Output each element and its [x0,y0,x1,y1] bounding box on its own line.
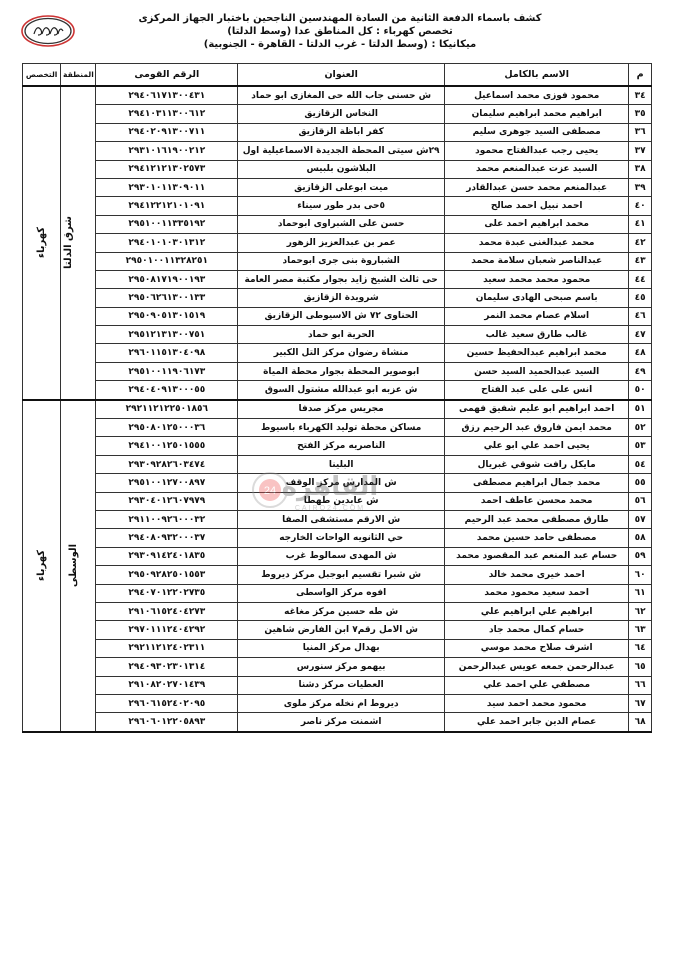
header-title: كشف باسماء الدفعة الثانية من السادة المه… [130,12,550,25]
row-serial: ٦٣ [629,621,652,639]
row-national-id: ٢٩١٠٦١٥٢٤٠٤٢٧٣ [96,602,238,620]
row-address: الحناوى ٧٢ ش الاسيوطى الزقازيق [238,307,445,325]
column-header-national-id: الرقم القومى [96,64,238,87]
table-row: ٤٩السيد عبدالحميد السيد حسنابوصوير المحط… [23,362,652,380]
row-full-name: محمد جمال ابراهيم مصطفى [445,474,629,492]
row-full-name: احمد ابراهيم ابو عليم شفيق فهمى [445,400,629,419]
table-row: ٤٢محمد عبدالغنى عبدة محمدعمر بن عبدالعزي… [23,234,652,252]
row-full-name: السيد عبدالحميد السيد حسن [445,362,629,380]
row-serial: ٣٩ [629,178,652,196]
row-serial: ٥٤ [629,455,652,473]
row-address: ش شبرا تقسيم ابوجبل مركز ديروط [238,566,445,584]
row-address: ابوصوير المحطة بجوار محطة المياة [238,362,445,380]
row-full-name: طارق مصطفى محمد عبد الرحيم [445,510,629,528]
row-national-id: ٢٩٥٠٩٢٨٢٥٠١٥٥٣ [96,566,238,584]
table-row: ٦٦مصطفي علي احمد عليالعطيات مركز دشنا٢٩١… [23,676,652,694]
row-serial: ٣٨ [629,160,652,178]
row-national-id: ٢٩٥١٠٠١٢٧٠٠٨٩٧ [96,474,238,492]
row-address: عمر بن عبدالعزيز الزهور [238,234,445,252]
row-serial: ٦٠ [629,566,652,584]
row-address: ش الارقم مستشفى الصفا [238,510,445,528]
table-row: ٦٠احمد خيرى محمد خالدش شبرا تقسيم ابوجبل… [23,566,652,584]
row-full-name: انس على على عبد الفتاح [445,381,629,400]
row-national-id: ٢٩٣١٠١٦١٩٠٠٢١٢ [96,142,238,160]
table-row: ٥١احمد ابراهيم ابو عليم شفيق فهمىمجريس م… [23,400,652,419]
row-full-name: باسم صبحى الهادى سليمان [445,289,629,307]
row-full-name: اشرف صلاح محمد موسي [445,639,629,657]
row-address: حسن على الشبراوى ابوحماد [238,215,445,233]
row-serial: ٤١ [629,215,652,233]
table-row: ٦٨عصام الدين جابر احمد علياشمنت مركز ناص… [23,713,652,732]
section-region-cell: الوسطى [61,400,96,732]
row-full-name: يحيى رجب عبدالفتاح محمود [445,142,629,160]
row-serial: ٥٩ [629,547,652,565]
row-address: منشاة رضوان مركز التل الكبير [238,344,445,362]
table-row: ٣٤محمود فوزى محمد اسماعيلش حسنى جاب الله… [23,86,652,105]
row-address: ميت ابوعلى الزقازيق [238,178,445,196]
row-full-name: محمود محمد احمد سيد [445,694,629,712]
row-address: بهدال مركز المنيا [238,639,445,657]
row-address: حي الثانويه الواحات الخارجه [238,529,445,547]
row-serial: ٤٠ [629,197,652,215]
row-full-name: عصام الدين جابر احمد علي [445,713,629,732]
row-full-name: ابراهيم علي ابراهيم علي [445,602,629,620]
row-full-name: مصطفى السيد جوهرى سليم [445,123,629,141]
table-row: ٦٢ابراهيم علي ابراهيم عليش طه حسين مركز … [23,602,652,620]
row-serial: ٣٦ [629,123,652,141]
row-address: حى ثالث الشيخ زايد بجوار مكتبة مصر العام… [238,270,445,288]
row-serial: ٤٣ [629,252,652,270]
row-full-name: احمد نبيل احمد صالح [445,197,629,215]
table-row: ٣٥ابراهيم محمد ابراهيم سليمانالنخاس الزق… [23,105,652,123]
section-specialty-label: كهرباء [36,550,47,581]
row-national-id: ٢٩٥٠٦٢٦١٣٠٠١٣٣ [96,289,238,307]
row-full-name: محمد ابراهيم احمد على [445,215,629,233]
section-region-label: شرق الدلتا [63,216,74,269]
row-serial: ٤٨ [629,344,652,362]
row-full-name: اسلام عصام محمد النمر [445,307,629,325]
row-serial: ٣٧ [629,142,652,160]
row-national-id: ٢٩٤٠٤٠٩١٣٠٠٠٥٥ [96,381,238,400]
row-serial: ٦٥ [629,658,652,676]
row-address: مساكن محطة توليد الكهرباء باسيوط [238,419,445,437]
row-serial: ٥٠ [629,381,652,400]
table-row: ٥٨مصطفى حامد حسين محمدحي الثانويه الواحا… [23,529,652,547]
row-serial: ٦٢ [629,602,652,620]
row-serial: ٥٢ [629,419,652,437]
header-subtitle-electrical: تخصص كهرباء : كل المناطق عدا (وسط الدلتا… [130,25,550,38]
table-row: ٣٩عبدالمنعم محمد حسن عبدالقادرميت ابوعلى… [23,178,652,196]
row-serial: ٥٦ [629,492,652,510]
row-address: ش عابدين طهطا [238,492,445,510]
row-serial: ٣٥ [629,105,652,123]
column-header-specialty: التخصص [23,64,61,87]
row-national-id: ٢٩٥١٠٠١١٩٠٦١٧٣ [96,362,238,380]
table-header-row: م الاسم بالكامل العنوان الرقم القومى الم… [23,64,652,87]
section-region-cell: شرق الدلتا [61,86,96,400]
table-row: ٥٣يحيى احمد علي ابو عليالناصريه مركز الف… [23,437,652,455]
row-serial: ٦١ [629,584,652,602]
row-full-name: مايكل رافت شوقي غبريال [445,455,629,473]
row-address: ش حسنى جاب الله حى المغازى ابو حماد [238,86,445,105]
row-national-id: ٢٩٤٠٧٠١٢٢٠٢٧٣٥ [96,584,238,602]
table-row: ٤٦اسلام عصام محمد النمرالحناوى ٧٢ ش الاس… [23,307,652,325]
row-serial: ٤٧ [629,326,652,344]
row-national-id: ٢٩٣٠٤٠١٢٦٠٧٩٧٩ [96,492,238,510]
table-row: ٥٢محمد ايمن فاروق عبد الرحيم رزقمساكن مح… [23,419,652,437]
row-national-id: ٢٩٤١٢٢١٢١٠١٠٩١ [96,197,238,215]
row-address: كفر اباظة الزقازيق [238,123,445,141]
table-row: ٦٤اشرف صلاح محمد موسيبهدال مركز المنيا٢٩… [23,639,652,657]
row-address: ٥حى بدر طور سيناء [238,197,445,215]
row-address: ٢٩ش سيتى المحطة الجديدة الاسماعيلية اول [238,142,445,160]
row-serial: ٥٣ [629,437,652,455]
row-national-id: ٢٩٦٠١١٥١٣٠٤٠٩٨ [96,344,238,362]
row-full-name: عبدالرحمن جمعه عويس عبدالرحمن [445,658,629,676]
row-serial: ٣٤ [629,86,652,105]
row-national-id: ٢٩٣٠٩٢٨٢٦٠٣٤٧٤ [96,455,238,473]
table-row: ٥٧طارق مصطفى محمد عبد الرحيمش الارقم مست… [23,510,652,528]
table-row: ٥٩حسام عبد المنعم عبد المقصود محمدش المه… [23,547,652,565]
section-specialty-label: كهرباء [36,227,47,258]
column-header-serial: م [629,64,652,87]
column-header-full-name: الاسم بالكامل [445,64,629,87]
row-full-name: محمود محمد محمد سعيد [445,270,629,288]
document-header: كشف باسماء الدفعة الثانية من السادة المه… [130,12,550,51]
header-subtitle-mechanical: ميكانيكا : (وسط الدلتا - غرب الدلتا - ال… [130,38,550,51]
engineers-table: م الاسم بالكامل العنوان الرقم القومى الم… [22,63,652,733]
row-national-id: ٢٩٥١٢١٣١٣٠٠٧٥١ [96,326,238,344]
row-address: بيهمو مركز سنورس [238,658,445,676]
row-full-name: حسام عبد المنعم عبد المقصود محمد [445,547,629,565]
row-address: ش عزبه ابو عبدالله مشتول السوق [238,381,445,400]
table-row: ٤٠احمد نبيل احمد صالح٥حى بدر طور سيناء٢٩… [23,197,652,215]
row-national-id: ٢٩٥٠٨١٧١٩٠٠١٩٣ [96,270,238,288]
row-national-id: ٢٩٧٠١١١٢٤٠٤٢٩٢ [96,621,238,639]
row-national-id: ٢٩٤١٢١٢١٣٠٢٥٧٣ [96,160,238,178]
row-national-id: ٢٩٥٠٨٠١٢٥٠٠٠٣٦ [96,419,238,437]
row-serial: ٤٦ [629,307,652,325]
table-row: ٥٤مايكل رافت شوقي غبريالالبلينا٢٩٣٠٩٢٨٢٦… [23,455,652,473]
row-address: الناصريه مركز الفتح [238,437,445,455]
row-serial: ٤٥ [629,289,652,307]
row-serial: ٤٩ [629,362,652,380]
row-address: العطيات مركز دشنا [238,676,445,694]
row-address: ش طه حسين مركز مغاغه [238,602,445,620]
table-row: ٤٤محمود محمد محمد سعيدحى ثالث الشيخ زايد… [23,270,652,288]
table-row: ٤١محمد ابراهيم احمد علىحسن على الشبراوى … [23,215,652,233]
row-full-name: مصطفى حامد حسين محمد [445,529,629,547]
row-full-name: السيد عزت عبدالمنعم محمد [445,160,629,178]
row-address: الشباروة بنى جرى ابوحماد [238,252,445,270]
row-serial: ٦٨ [629,713,652,732]
row-address: ديروط ام نخله مركز ملوى [238,694,445,712]
row-address: اشمنت مركز ناصر [238,713,445,732]
row-national-id: ٢٩٣٠٩١٤٢٤٠١٨٣٥ [96,547,238,565]
column-header-address: العنوان [238,64,445,87]
row-national-id: ٢٩٤٠١٠١٠٣٠١٣١٢ [96,234,238,252]
row-full-name: مصطفي علي احمد علي [445,676,629,694]
table-row: ٦٣حسام كمال محمد جادش الامل رقم٧ ابن الف… [23,621,652,639]
row-full-name: احمد سعيد محمود محمد [445,584,629,602]
row-serial: ٤٤ [629,270,652,288]
row-serial: ٥٨ [629,529,652,547]
row-full-name: محمد عبدالغنى عبدة محمد [445,234,629,252]
row-address: شرويدة الزقازيق [238,289,445,307]
row-full-name: عبدالمنعم محمد حسن عبدالقادر [445,178,629,196]
row-national-id: ٢٩٤٠٩٣٠٢٣٠١٣١٤ [96,658,238,676]
row-national-id: ٢٩٥٠١٠٠١١٣٢٨٢٥١ [96,252,238,270]
row-national-id: ٢٩١١٠٠٩٢٦٠٠٠٣٢ [96,510,238,528]
row-national-id: ٢٩٦٠٦٠١٢٢٠٥٨٩٣ [96,713,238,732]
row-national-id: ٢٩٤٠٢٠٩١٣٠٠٧١١ [96,123,238,141]
table-row: ٣٦مصطفى السيد جوهرى سليمكفر اباظة الزقاز… [23,123,652,141]
row-national-id: ٢٩٢١١٢١٢٢٥٠١٨٥٦ [96,400,238,419]
row-full-name: عبدالناصر شعبان سلامة محمد [445,252,629,270]
table-row: ٥٠انس على على عبد الفتاحش عزبه ابو عبدال… [23,381,652,400]
row-serial: ٥٧ [629,510,652,528]
row-full-name: محمد محسن عاطف احمد [445,492,629,510]
row-national-id: ٢٩٢١١٢١٢٤٠٢٣١١ [96,639,238,657]
row-full-name: حسام كمال محمد جاد [445,621,629,639]
row-national-id: ٢٩٤٠٨٠٩٣٢٠٠٠٣٧ [96,529,238,547]
row-national-id: ٢٩٥١٠٠١١٣٣٥١٩٢ [96,215,238,233]
column-header-region: المنطقة [61,64,96,87]
row-national-id: ٢٩٤١٠٣١١٣٠٠٦١٢ [96,105,238,123]
section-specialty-cell: كهرباء [23,86,61,400]
row-serial: ٤٢ [629,234,652,252]
row-national-id: ٢٩١٠٨٢٠٢٧٠١٤٣٩ [96,676,238,694]
row-national-id: ٢٩٤٠٦١٧١٣٠٠٤٣١ [96,86,238,105]
table-row: ٥٦محمد محسن عاطف احمدش عابدين طهطا٢٩٣٠٤٠… [23,492,652,510]
section-specialty-cell: كهرباء [23,400,61,732]
table-row: ٦١احمد سعيد محمود محمدافوه مركز الواسطى٢… [23,584,652,602]
row-serial: ٥٥ [629,474,652,492]
row-serial: ٦٦ [629,676,652,694]
table-row: ٤٥باسم صبحى الهادى سليمانشرويدة الزقازيق… [23,289,652,307]
row-national-id: ٢٩٥٠٩٠٥١٣٠١٥١٩ [96,307,238,325]
row-serial: ٦٧ [629,694,652,712]
row-address: ش المهدى سمالوط غرب [238,547,445,565]
table-row: ٣٨السيد عزت عبدالمنعم محمدالبلاشون بلبيس… [23,160,652,178]
organization-logo [20,14,76,48]
table-row: ٦٥عبدالرحمن جمعه عويس عبدالرحمنبيهمو مرك… [23,658,652,676]
row-address: ش الامل رقم٧ ابن الفارض شاهين [238,621,445,639]
row-address: مجريس مركز صدفا [238,400,445,419]
table-row: ٣٧يحيى رجب عبدالفتاح محمود٢٩ش سيتى المحط… [23,142,652,160]
table-row: ٥٥محمد جمال ابراهيم مصطفىش المدارس مركز … [23,474,652,492]
row-national-id: ٢٩٣٠١٠١١٣٠٩٠١١ [96,178,238,196]
table-row: ٤٧غالب طارق سعيد غالبالحرية ابو حماد٢٩٥١… [23,326,652,344]
row-full-name: محمد ايمن فاروق عبد الرحيم رزق [445,419,629,437]
row-address: ش المدارس مركز الوقف [238,474,445,492]
section-region-label: الوسطى [68,544,79,587]
row-full-name: غالب طارق سعيد غالب [445,326,629,344]
row-full-name: ابراهيم محمد ابراهيم سليمان [445,105,629,123]
row-serial: ٥١ [629,400,652,419]
row-address: النخاس الزقازيق [238,105,445,123]
row-address: الحرية ابو حماد [238,326,445,344]
row-address: البلاشون بلبيس [238,160,445,178]
row-national-id: ٢٩٤١٠٠١٢٥٠١٥٥٥ [96,437,238,455]
row-address: البلينا [238,455,445,473]
row-serial: ٦٤ [629,639,652,657]
table-row: ٤٨محمد ابراهيم عبدالحفيظ حسينمنشاة رضوان… [23,344,652,362]
row-national-id: ٢٩٦٠٦١٥٢٤٠٢٠٩٥ [96,694,238,712]
row-full-name: يحيى احمد علي ابو علي [445,437,629,455]
table-row: ٤٣عبدالناصر شعبان سلامة محمدالشباروة بنى… [23,252,652,270]
row-full-name: محمود فوزى محمد اسماعيل [445,86,629,105]
row-full-name: احمد خيرى محمد خالد [445,566,629,584]
row-address: افوه مركز الواسطى [238,584,445,602]
row-full-name: محمد ابراهيم عبدالحفيظ حسين [445,344,629,362]
table-row: ٦٧محمود محمد احمد سيدديروط ام نخله مركز … [23,694,652,712]
